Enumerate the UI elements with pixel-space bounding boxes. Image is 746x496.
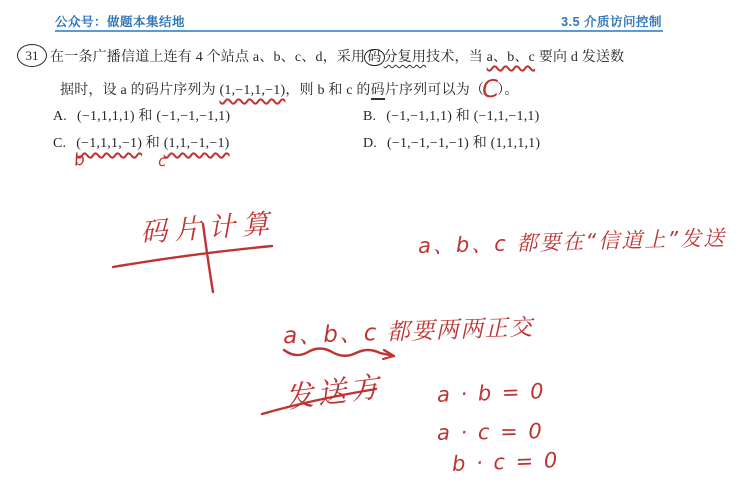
option-a-text: (−1,1,1,1) 和 (−1,−1,−1,1) <box>77 109 230 124</box>
topic-underline-stroke <box>113 246 272 267</box>
black-underlined-character: 码 <box>371 83 385 100</box>
question-line1-seg3: 要向 d 发送数 <box>535 50 624 65</box>
option-a-label: A. <box>53 109 67 124</box>
circled-character-annotation: 码 <box>364 49 384 66</box>
option-b-text: (−1,−1,1,1) 和 (−1,1,−1,1) <box>386 109 539 124</box>
question-number-circled: 31 <box>17 44 47 67</box>
red-wavy-underlined-stations: a、b、c <box>487 50 535 65</box>
option-c-label: C. <box>53 136 66 151</box>
option-c-second-tuple: (1,1,−1,−1) <box>164 136 230 151</box>
header-section-title: 3.5 介质访问控制 <box>561 12 662 30</box>
question-text-line1: 在一条广播信道上连有 4 个站点 a、b、c、d，采用码分复用技术，当 a、b、… <box>50 46 624 66</box>
exam-document-page: 公众号：做题本集结地 3.5 介质访问控制 31 在一条广播信道上连有 4 个站… <box>0 0 746 496</box>
handwritten-answer-letter: C <box>482 88 499 90</box>
question-line2-seg2: ，则 b 和 c 的 <box>285 83 370 98</box>
header-divider-line <box>55 30 663 32</box>
header-source-label: 公众号：做题本集结地 <box>55 12 185 30</box>
question-text-line2: 据时，设 a 的码片序列为 (1,−1,1,−1)，则 b 和 c 的码片序列可… <box>60 79 519 99</box>
handwritten-c-mark: c <box>157 152 166 171</box>
handwritten-b-mark: b <box>73 149 86 170</box>
question-line1-seg1: 在一条广播信道上连有 4 个站点 a、b、c、d，采用 <box>50 50 365 65</box>
question-line1-seg2: 技术，当 <box>426 50 487 65</box>
option-d: D.(−1,−1,−1,−1) 和 (1,1,1,1) <box>363 132 540 152</box>
question-line2-seg1: 据时，设 a 的码片序列为 <box>60 83 220 98</box>
black-wavy-underlined-text: 分复用 <box>384 50 427 65</box>
option-d-label: D. <box>363 136 377 151</box>
option-c-conjunction: 和 <box>142 136 164 151</box>
handwritten-equation-ac: a · c = 0 <box>437 419 544 445</box>
handwritten-note-channel: a、b、c 都要在“信道上”发送 <box>418 222 727 260</box>
option-b-label: B. <box>363 109 376 124</box>
option-a: A.(−1,1,1,1) 和 (−1,−1,−1,1) <box>53 105 230 125</box>
orthogonal-note-arrowhead <box>383 350 394 359</box>
option-d-text: (−1,−1,−1,−1) 和 (1,1,1,1) <box>387 136 540 151</box>
question-line2-seg3: 片序列可以为（ <box>385 83 484 98</box>
handwritten-equation-ab: a · b = 0 <box>437 379 546 407</box>
handwritten-note-orthogonal: a、b、c 都要两两正交 <box>283 309 535 351</box>
red-underlined-chip-sequence: (1,−1,1,−1) <box>220 83 286 98</box>
handwritten-equation-bc: b · c = 0 <box>452 448 560 476</box>
handwritten-topic-chip-calculation: 码片计算 <box>139 201 277 249</box>
handwritten-sender-label: 发送方 <box>282 364 385 417</box>
option-b: B.(−1,−1,1,1) 和 (−1,1,−1,1) <box>363 105 539 125</box>
question-line2-seg4: ）。 <box>497 83 518 98</box>
option-c-first-tuple: (−1,1,1,−1) <box>76 136 142 151</box>
